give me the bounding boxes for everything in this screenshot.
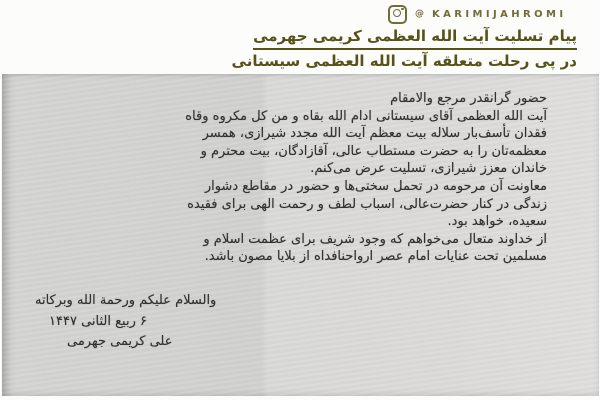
letter-line: از خداوند متعال می‌خواهم که وجود شریف بر… <box>58 231 547 249</box>
title-line-1: پیام تسلیت آیت الله العظمی کریمی جهرمی <box>232 26 577 51</box>
at-symbol: @ <box>415 9 424 19</box>
account-handle: KARIMIJAHROMI <box>432 9 566 20</box>
closing-date: ۶ ربیع الثانی ۱۴۴۷ <box>35 312 325 333</box>
letter-line: فقدان تأسف‌بار سلاله بیت معظم آیت الله م… <box>58 125 547 143</box>
letter-line: خاندان معزز شیرازی، تسلیت عرض می‌کنم. <box>58 160 547 178</box>
letter-line: معظمه‌تان را به حضرت مستطاب عالی، آقازاد… <box>58 143 547 161</box>
post-image: @ KARIMIJAHROMI پیام تسلیت آیت الله العظ… <box>0 0 600 400</box>
letter-closing: والسلام علیکم ورحمة الله وبرکاته ۶ ربیع … <box>35 291 325 353</box>
letter-line: مسلمین تحت عنایات امام عصر ارواحنافداه ا… <box>58 248 547 266</box>
letter-salutation: حضور گرانقدر مرجع والامقام <box>58 90 547 108</box>
instagram-camera-icon <box>388 5 407 24</box>
closing-salaam: والسلام علیکم ورحمة الله وبرکاته <box>35 291 325 312</box>
title-block: پیام تسلیت آیت الله العظمی کریمی جهرمی د… <box>232 26 577 72</box>
letter-line: زندگی در کنار حضرت‌عالی، اسباب لطف و رحم… <box>58 196 547 214</box>
letter-line: معاونت آن مرحومه در تحمل سختی‌ها و حضور … <box>58 178 547 196</box>
title-line-1-text: پیام تسلیت آیت الله العظمی کریمی جهرمی <box>253 26 577 50</box>
title-line-2: در پی رحلت متعلقه آیت الله العظمی سیستان… <box>232 51 577 72</box>
letter-line: سعیده، خواهد بود. <box>58 213 547 231</box>
closing-signature: علی کریمی جهرمی <box>35 332 325 353</box>
letter-body: حضور گرانقدر مرجع والامقام آیت الله العظ… <box>58 90 547 266</box>
letter-paper: حضور گرانقدر مرجع والامقام آیت الله العظ… <box>2 74 599 396</box>
letter-line: آیت الله العظمی آقای سیستانی ادام الله ب… <box>58 108 547 126</box>
instagram-header: @ KARIMIJAHROMI <box>388 4 566 24</box>
